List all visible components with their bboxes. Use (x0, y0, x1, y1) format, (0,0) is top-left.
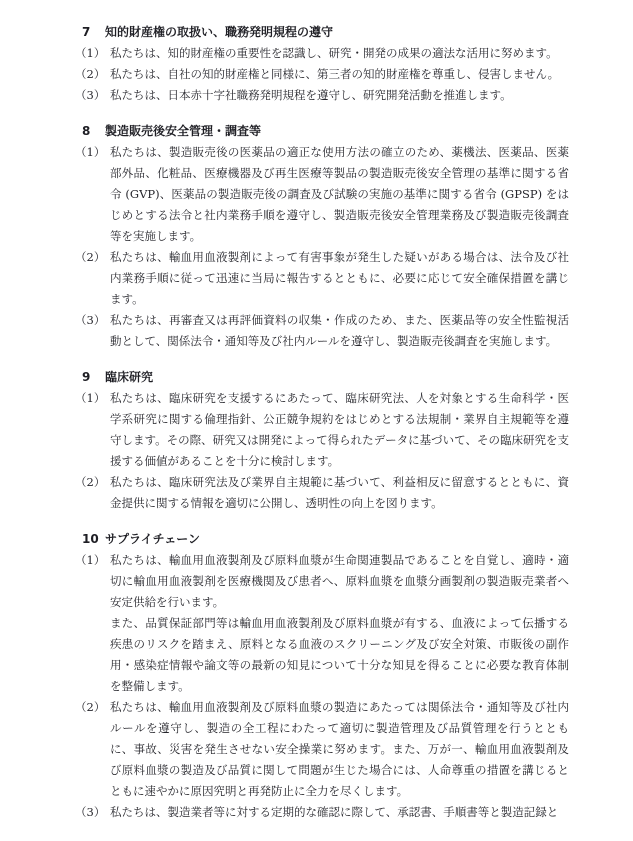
section-heading: 9 臨床研究 (75, 367, 569, 388)
section-title: 知的財産権の取扱い、職務発明規程の遵守 (105, 22, 569, 43)
section-clinical-research: 9 臨床研究 （1） 私たちは、臨床研究を支援するにあたって、臨床研究法、人を対… (75, 367, 569, 514)
item-text: 私たちは、輸血用血液製剤及び原料血漿の製造にあたっては関係法令・通知等及び社内ル… (110, 697, 569, 802)
section-title: 製造販売後安全管理・調査等 (105, 121, 569, 142)
section-number: 10 (82, 529, 105, 550)
item-text: 私たちは、輸血用血液製剤によって有害事象が発生した疑いがある場合は、法令及び社内… (110, 247, 569, 310)
item-text: 私たちは、知的財産権の重要性を認識し、研究・開発の成果の適法な活用に努めます。 (110, 43, 569, 64)
item-marker: （2） (75, 472, 110, 514)
list-item: （3） 私たちは、再審査又は再評価資料の収集・作成のため、また、医薬品等の安全性… (75, 310, 569, 352)
item-text: 私たちは、製造業者等に対する定期的な確認に際して、承認書、手順書等と製造記録と (110, 802, 569, 823)
list-item: （1） 私たちは、臨床研究を支援するにあたって、臨床研究法、人を対象とする生命科… (75, 388, 569, 472)
item-marker: （3） (75, 310, 110, 352)
list-item: （2） 私たちは、自社の知的財産権と同様に、第三者の知的財産権を尊重し、侵害しま… (75, 64, 569, 85)
section-heading: 10 サプライチェーン (75, 529, 569, 550)
item-marker: （1） (75, 550, 110, 697)
section-title: 臨床研究 (105, 367, 569, 388)
section-number: 7 (82, 22, 105, 43)
list-item: （2） 私たちは、輸血用血液製剤によって有害事象が発生した疑いがある場合は、法令… (75, 247, 569, 310)
item-text: 私たちは、日本赤十字社職務発明規程を遵守し、研究開発活動を推進します。 (110, 85, 569, 106)
item-text: 私たちは、臨床研究を支援するにあたって、臨床研究法、人を対象とする生命科学・医学… (110, 388, 569, 472)
item-marker: （1） (75, 43, 110, 64)
item-marker: （2） (75, 697, 110, 802)
list-item: （1） 私たちは、知的財産権の重要性を認識し、研究・開発の成果の適法な活用に努め… (75, 43, 569, 64)
item-marker: （3） (75, 85, 110, 106)
list-item: （3） 私たちは、日本赤十字社職務発明規程を遵守し、研究開発活動を推進します。 (75, 85, 569, 106)
section-heading: 7 知的財産権の取扱い、職務発明規程の遵守 (75, 22, 569, 43)
document-page: 7 知的財産権の取扱い、職務発明規程の遵守 （1） 私たちは、知的財産権の重要性… (0, 0, 633, 841)
item-text: 私たちは、再審査又は再評価資料の収集・作成のため、また、医薬品等の安全性監視活動… (110, 310, 569, 352)
item-text: 私たちは、製造販売後の医薬品の適正な使用方法の確立のため、薬機法、医薬品、医薬部… (110, 142, 569, 247)
list-item: （3） 私たちは、製造業者等に対する定期的な確認に際して、承認書、手順書等と製造… (75, 802, 569, 823)
item-marker: （1） (75, 142, 110, 247)
section-number: 8 (82, 121, 105, 142)
item-marker: （3） (75, 802, 110, 823)
item-marker: （2） (75, 247, 110, 310)
item-text: 私たちは、臨床研究法及び業界自主規範に基づいて、利益相反に留意するとともに、資金… (110, 472, 569, 514)
item-text: 私たちは、輸血用血液製剤及び原料血漿が生命関連製品であることを自覚し、適時・適切… (110, 550, 569, 697)
list-item: （2） 私たちは、輸血用血液製剤及び原料血漿の製造にあたっては関係法令・通知等及… (75, 697, 569, 802)
section-title: サプライチェーン (105, 529, 569, 550)
section-number: 9 (82, 367, 105, 388)
section-heading: 8 製造販売後安全管理・調査等 (75, 121, 569, 142)
section-post-marketing-safety: 8 製造販売後安全管理・調査等 （1） 私たちは、製造販売後の医薬品の適正な使用… (75, 121, 569, 352)
list-item: （2） 私たちは、臨床研究法及び業界自主規範に基づいて、利益相反に留意するととも… (75, 472, 569, 514)
item-marker: （1） (75, 388, 110, 472)
item-text: 私たちは、自社の知的財産権と同様に、第三者の知的財産権を尊重し、侵害しません。 (110, 64, 569, 85)
section-supply-chain: 10 サプライチェーン （1） 私たちは、輸血用血液製剤及び原料血漿が生命関連製… (75, 529, 569, 823)
list-item: （1） 私たちは、輸血用血液製剤及び原料血漿が生命関連製品であることを自覚し、適… (75, 550, 569, 697)
item-marker: （2） (75, 64, 110, 85)
list-item: （1） 私たちは、製造販売後の医薬品の適正な使用方法の確立のため、薬機法、医薬品… (75, 142, 569, 247)
section-intellectual-property: 7 知的財産権の取扱い、職務発明規程の遵守 （1） 私たちは、知的財産権の重要性… (75, 22, 569, 106)
